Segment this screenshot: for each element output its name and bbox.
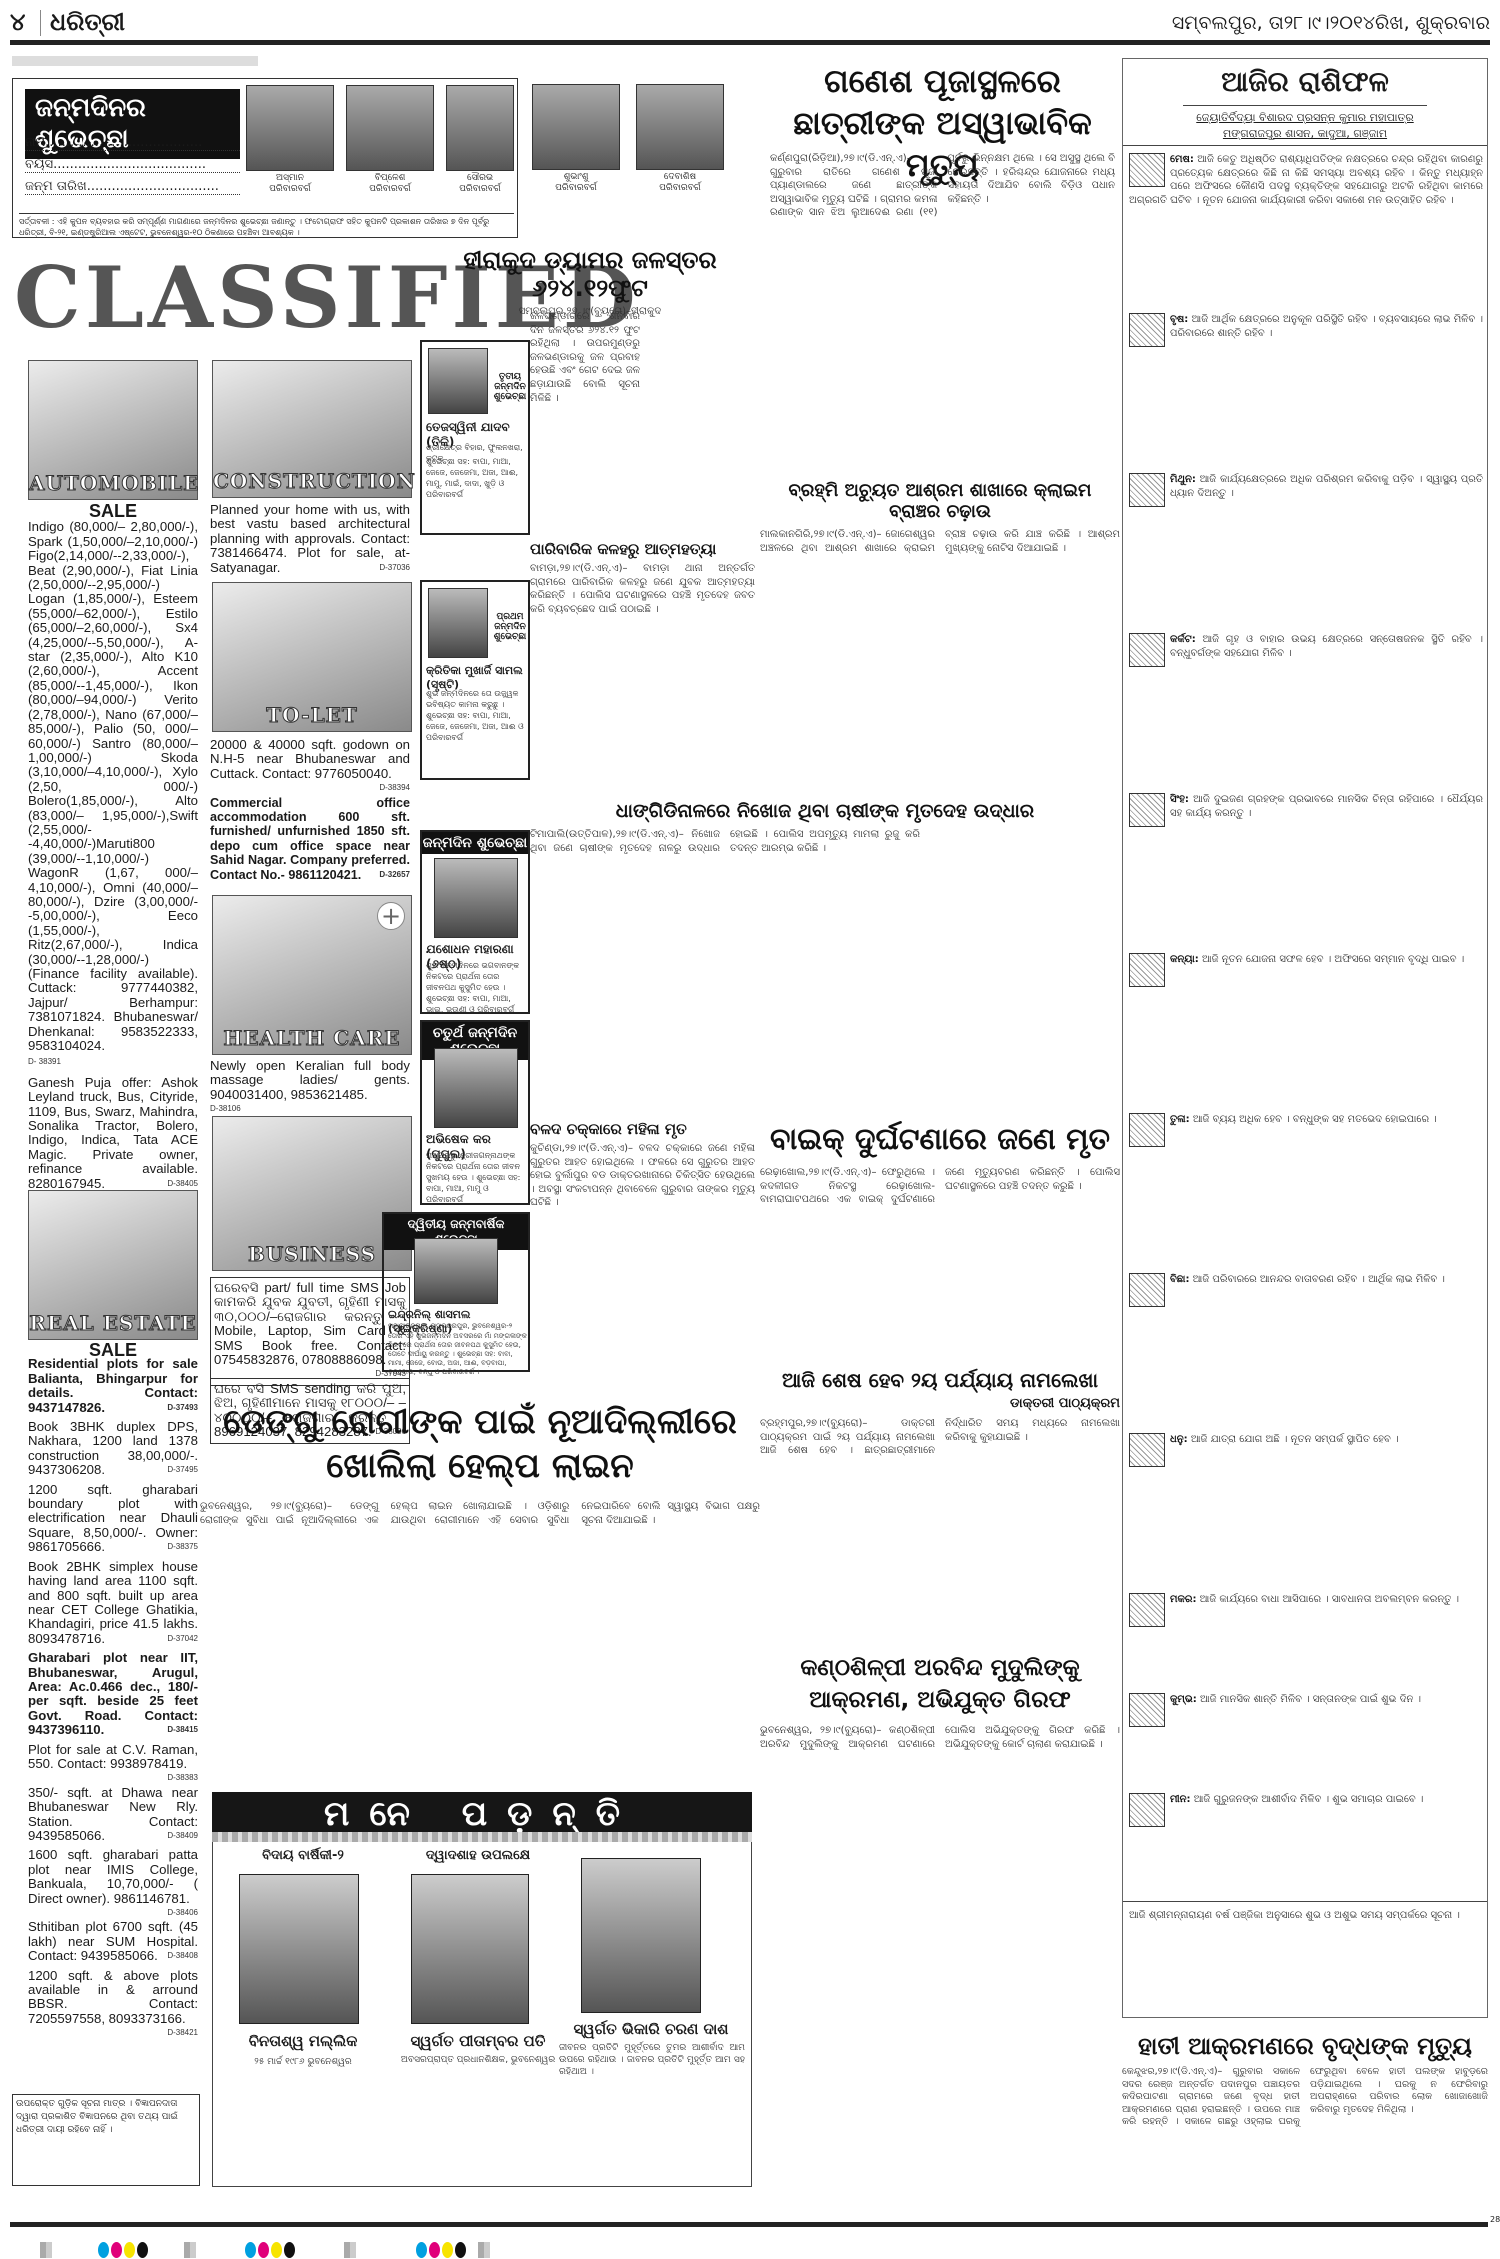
page-corner-number: 28 [1490, 2215, 1500, 2224]
newspaper-name: ଧରିତ୍ରୀ [50, 8, 125, 36]
to-let-label: TO-LET [213, 703, 411, 727]
horoscope-entry: ଧନୁ: ଆଜି ଯାତ୍ରା ଯୋଗ ଅଛି । ନୂତନ ସମ୍ପର୍କ ସ… [1129, 1433, 1483, 1469]
aquarius-water-icon [1129, 1693, 1165, 1727]
classified-ad: Indigo (80,000/– 2,80,000/-), Spark (1,5… [28, 520, 198, 1069]
article-body: କର୍ଣ୍ଣପୁରା(ରିଡ଼ିଆ),୨୭।୯(ଡି.ଏନ୍.ଏ)– ଗୁରୁବ… [770, 152, 1115, 477]
article-body: ଜଳଭଣ୍ଡାରରେ ଶନିବାର ଦିନ ଜଳସ୍ତର ୬୨୪.୧୨ ଫୁଟ … [530, 310, 640, 405]
wish-message: ଶୁଭ ଜନ୍ମଦିନରେ ଭଗବାନଙ୍କ ନିକଟରେ ପ୍ରାର୍ଥନା … [426, 960, 526, 1015]
child-photo [434, 1048, 518, 1128]
pisces-fish-icon [1129, 1793, 1165, 1827]
classified-ad: ଘରେବସି part/ full time SMS Job କାମକରି ଯୁ… [210, 1277, 410, 1386]
portrait-photo [581, 1858, 701, 2013]
health-care-ad-image: + HEALTH CARE [212, 895, 412, 1055]
portrait-photo [411, 1874, 529, 2024]
to-let-section: 20000 & 40000 sqft. godown on N.H-5 near… [210, 738, 410, 882]
wish-message: ଶୁଭେଚ୍ଛା ସହ: ବାପା, ମାଆ, ଜେଜେ, ଜେଜେମା, ଅଜ… [426, 456, 526, 500]
horoscope-entry: କନ୍ୟା: ଆଜି ନୂତନ ଯୋଜନା ସଫଳ ହେବ । ଅଫିସରେ ସ… [1129, 953, 1483, 989]
magenta-dot [111, 2242, 122, 2258]
child-photo [414, 1238, 498, 1304]
yellow-dot [271, 2242, 282, 2258]
birthday-wish-card: ଜନ୍ମଦିନ ଶୁଭେଚ୍ଛା ଯଶୋଧନ ମହାରଣା (୬ଷ୍ଠ) ଶୁଭ… [420, 830, 530, 1014]
birthday-wish-card: ଦ୍ୱିତୀୟ ଜନ୍ମବାର୍ଷିକ ଶୁଭେଚ୍ଛା ଇନ୍ଦ୍ରନିଲ୍ … [382, 1212, 530, 1372]
news-farmer-body-found: ଧାଙ୍ଗିଡିନାଳରେ ନିଖୋଜ ଥିବା ଚାଷୀଙ୍କ ମୃତଦେହ … [530, 800, 1120, 855]
classified-ad: 1200 sqft. & above plots available in & … [28, 1969, 198, 2027]
child-photo [446, 85, 514, 171]
flower-border [212, 1832, 752, 1842]
astrologer-name: ଜ୍ୟୋତିର୍ବିଦ୍ୟା ବିଶାରଦ ପ୍ରସନ୍ନ କୁମାର ମହାପ… [1123, 111, 1487, 125]
name-field[interactable]: ନାମ.....................................… [25, 135, 240, 151]
article-body: କେନ୍ଦୁଝର,୨୭।୯(ଡି.ଏନ୍.ଏ)– ଗୁରୁବାର ସକାଳେ ସ… [1122, 2066, 1488, 2129]
real-estate-label: REAL ESTATE [29, 1311, 197, 1335]
headline: ବାଇକ୍ ଦୁର୍ଘଟଣାରେ ଜଣେ ମୃତ [760, 1120, 1120, 1160]
news-singer-attack: କଣ୍ଠଶିଳ୍ପୀ ଅରବିନ୍ଦ ମୁଦୁଲିଙ୍କୁ ଆକ୍ରମଣ, ଅଭ… [760, 1652, 1120, 1751]
horoscope-title: ଆଜିର ରାଶିଫଳ [1123, 65, 1487, 99]
news-ashram-raid: ବ୍ରହ୍ମି ଅଚ୍ୟୁତ ଆଶ୍ରମ ଶାଖାରେ କ୍ଲାଇମ ବ୍ରାଞ… [760, 480, 1120, 555]
classified-ad: Commercial office accommodation 600 sft.… [210, 796, 410, 882]
wish-place: ମହାବୀରନଗର, ରାମଚନ୍ଦ୍ରପୁର, ଭୁବନେଶ୍ୱର-୨ [388, 1322, 528, 1331]
registration-mark [40, 2242, 52, 2258]
birthday-wish-card: ତୃତୀୟ ଜନ୍ମଦିନ ଶୁଭେଚ୍ଛା ତେଜସ୍ୱିନୀ ଯାଦବ (ତ… [420, 340, 530, 535]
birthday-wish-card: ଚତୁର୍ଥ ଜନ୍ମଦିନ ଶୁଭେଚ୍ଛା ଅଭିଷେକ କର (ଗୁଗୁଲ… [420, 1020, 530, 1205]
classified-ad: 1200 sqft. gharabari boundary plot with … [28, 1483, 198, 1555]
obituary-text: ଅବସରପ୍ରାପ୍ତ ପ୍ରଧାନଶିକ୍ଷକ, ଭୁବନେଶ୍ୱର [398, 2054, 558, 2066]
horoscope-entry: ମିଥୁନ: ଆଜି କାର୍ଯ୍ୟକ୍ଷେତ୍ରରେ ଅଧିକ ପରିଶ୍ରମ… [1129, 473, 1483, 509]
cyan-dot [245, 2242, 256, 2258]
obituary-text: ଜୀବନର ପ୍ରତିଟି ମୁହୂର୍ତ୍ତରେ ତୁମର ଆଶୀର୍ବାଦ … [559, 2042, 745, 2078]
construction-ad-image: CONSTRUCTION [212, 360, 412, 498]
wish-message: ତୋର ଏହି ଶୁଭଜନ୍ମଦିନ ଅବସରରେ ମାଁ ମଙ୍ଗଳାଙ୍କ … [388, 1332, 528, 1377]
news-bike-accident: ବାଇକ୍ ଦୁର୍ଘଟଣାରେ ଜଣେ ମୃତ ରେଢ଼ାଖୋଲ,୨୭।୯(ଡ… [760, 1120, 1120, 1207]
cyan-dot [416, 2242, 427, 2258]
classified-ad: Book 2BHK simplex house having land area… [28, 1560, 198, 1646]
health-care-label: HEALTH CARE [213, 1026, 411, 1050]
sagittarius-archer-icon [1129, 1433, 1165, 1467]
obituary-title: ଦ୍ୱାଦଶାହ ଉପଲକ୍ଷେ [398, 1848, 558, 1863]
photo-caption: ବିପ୍ଳେଶପରିବାରବର୍ଗ [346, 173, 434, 195]
headline: କଣ୍ଠଶିଳ୍ପୀ ଅରବିନ୍ଦ ମୁଦୁଲିଙ୍କୁ ଆକ୍ରମଣ, ଅଭ… [760, 1652, 1120, 1716]
child-photo [434, 858, 518, 938]
obituary-name: ବିନତାଶ୍ୱ ମଲ୍ଲିକ [223, 2032, 383, 2050]
headline: ପାରିବାରିକ କଳହରୁ ଆତ୍ମହତ୍ୟା [530, 540, 755, 558]
taurus-bull-icon [1129, 313, 1165, 347]
classified-ad: 20000 & 40000 sqft. godown on N.H-5 near… [210, 738, 410, 781]
magenta-dot [258, 2242, 269, 2258]
wish-header: ତୃତୀୟ ଜନ୍ମଦିନ ଶୁଭେଚ୍ଛା [492, 372, 528, 402]
classified-ad: 1600 sqft. gharabari patta plot near IMI… [28, 1848, 198, 1906]
subheadline: ଡାକ୍ତରୀ ପାଠ୍ୟକ୍ରମ [760, 1396, 1120, 1411]
divider [1183, 105, 1427, 106]
birthday-wish-card: ପ୍ରଥମ ଜନ୍ମଦିନ ଶୁଭେଚ୍ଛା କ୍ରିତିକା ମୁଖାର୍ଜି… [420, 580, 530, 780]
headline: ହାତୀ ଆକ୍ରମଣରେ ବୃଦ୍ଧଙ୍କ ମୃତ୍ୟୁ [1122, 2030, 1488, 2062]
classified-ad: 350/- sqft. at Dhawa near Bhubaneswar Ne… [28, 1786, 198, 1844]
dateline: ସମ୍ବଲପୁର, ତା୨୮।୯।୨୦୧୪ରିଖ, ଶୁକ୍ରବାର [1172, 12, 1490, 34]
obituary-name: ସ୍ୱର୍ଗତ ଭିକାରି ଚରଣ ଦାଶ [553, 2020, 749, 2038]
masthead-divider [40, 10, 41, 36]
horoscope-box: ଆଜିର ରାଶିଫଳ ଜ୍ୟୋତିର୍ବିଦ୍ୟା ବିଶାରଦ ପ୍ରସନ୍… [1122, 58, 1488, 2018]
classified-ad: Plot for sale at C.V. Raman, 550. Contac… [28, 1743, 198, 1772]
classified-ad: Sthitiban plot 6700 sqft. (45 lakh) near… [28, 1920, 198, 1963]
classified-ad: Ganesh Puja offer: Ashok Leyland truck, … [28, 1076, 198, 1191]
headline: ବଳଦ ଚକ୍କାରେ ମହିଳା ମୃତ [530, 1120, 755, 1138]
article-body: ମାଲକାନଗିରି,୨୭।୯(ଡି.ଏନ୍.ଏ)– ଜୋଗେଶ୍ୱର ଅଞ୍ଚ… [760, 528, 1120, 555]
portrait-photo [239, 1874, 359, 2024]
child-photo [346, 85, 434, 171]
photo-caption: ଶୁଭାଂଶୁପରିବାରବର୍ଗ [532, 172, 620, 194]
horoscope-entry: ମୀନ: ଆଜି ଗୁରୁଜନଙ୍କ ଆଶୀର୍ବାଦ ମିଳିବ । ଶୁଭ … [1129, 1793, 1483, 1829]
cancer-crab-icon [1129, 633, 1165, 667]
dob-field[interactable]: ଜନ୍ମ ତାରିଖ..............................… [25, 179, 240, 195]
registration-mark [344, 2242, 356, 2258]
black-dot [137, 2242, 148, 2258]
child-photo [428, 348, 488, 414]
horoscope-entry: ସିଂହ: ଆଜି ଦୁଇଜଣ ଗ୍ରହଙ୍କ ପ୍ରଭାବରେ ମାନସିକ … [1129, 793, 1483, 829]
horoscope-entry: ମେଷ: ଆଜି କେତୁ ଅଧିଷ୍ଠିତ ରାଶ୍ୟାଧିପତିଙ୍କ ନକ… [1129, 153, 1483, 207]
obituary-name: ସ୍ୱର୍ଗତ ପୀତାମ୍ବର ପତି [398, 2032, 558, 2050]
cmyk-marks [98, 2242, 148, 2258]
news-family-dispute: ପାରିବାରିକ କଳହରୁ ଆତ୍ମହତ୍ୟା ବାମଡ଼ା,୨୭।୯(ଡି… [530, 540, 755, 616]
black-dot [455, 2242, 466, 2258]
horoscope-entry: ତୁଳା: ଆଜି ବ୍ୟୟ ଅଧିକ ହେବ । ବନ୍ଧୁଙ୍କ ସହ ମତ… [1129, 1113, 1483, 1149]
plus-icon: + [377, 902, 405, 930]
headline: ଧାଙ୍ଗିଡିନାଳରେ ନିଖୋଜ ଥିବା ଚାଷୀଙ୍କ ମୃତଦେହ … [530, 800, 1120, 822]
real-estate-section: SALE Residential plots for sale Balianta… [28, 1343, 198, 2041]
bottom-rule [10, 2222, 1488, 2227]
sale-heading: SALE [28, 1343, 198, 1357]
article-body: ରେଢ଼ାଖୋଲ,୨୭।୯(ଡି.ଏନ୍.ଏ)– ଫେରୁଥିଲେ । କଦଳୀ… [760, 1166, 1120, 1207]
real-estate-ad-image: REAL ESTATE [28, 1190, 198, 1340]
article-body: କୁଚିଣ୍ଡା,୨୭।୯(ଡି.ଏନ୍.ଏ)– ବଳଦ ଚକ୍କାରେ ଜଣେ… [530, 1142, 755, 1210]
birthday-coupon: ଜନ୍ମଦିନର ଶୁଭେଚ୍ଛା ନାମ...................… [12, 78, 518, 238]
horoscope-entry: ମକର: ଆଜି କାର୍ଯ୍ୟରେ ବାଧା ଆସିପାରେ । ସାବଧାନ… [1129, 1593, 1483, 1629]
cyan-dot [98, 2242, 109, 2258]
yellow-dot [442, 2242, 453, 2258]
child-photo [636, 84, 724, 170]
horoscope-entry: କୁମ୍ଭ: ଆଜି ମାନସିକ ଶାନ୍ତି ମିଳିବ । ସନ୍ତାନଙ… [1129, 1693, 1483, 1729]
article-body: ଭୁବନେଶ୍ୱର, ୨୭।୯(ବ୍ୟୁରୋ)– ଡେଙ୍ଗୁ ରୋଗୀଙ୍କ … [200, 1500, 760, 1527]
sale-heading: SALE [28, 504, 198, 518]
headline: ଆଜି ଶେଷ ହେବ ୨ୟ ପର୍ଯ୍ୟାୟ ନାମଲେଖା [760, 1368, 1120, 1392]
masthead: ୪ ଧରିତ୍ରୀ ସମ୍ବଲପୁର, ତା୨୮।୯।୨୦୧୪ରିଖ, ଶୁକ୍… [10, 8, 1490, 38]
divider [1123, 1901, 1487, 1902]
article-body: ଟିମାପାଲି(ଉତ୍ତିପାଳ),୨୭।୯(ଡି.ଏନ୍.ଏ)– ନିଖୋଜ… [530, 828, 1120, 855]
construction-label: CONSTRUCTION [213, 469, 411, 493]
headline: ଡେଙ୍ଗୁ ରୋଗୀଙ୍କ ପାଇଁ ନୂଆଦିଲ୍ଲୀରେ ଖୋଲିଲା ହ… [200, 1400, 760, 1488]
obituary-title: ବିଦାୟ ବାର୍ଷିକୀ-୨ [223, 1848, 383, 1863]
astrologer-address: ମଙ୍ଗରାଜପୁର ଶାସନ, କାଦୁଆ, ଗଞ୍ଜାମ [1123, 127, 1487, 141]
page-number: ୪ [10, 8, 25, 36]
news-elephant-attack: ହାତୀ ଆକ୍ରମଣରେ ବୃଦ୍ଧଙ୍କ ମୃତ୍ୟୁ କେନ୍ଦୁଝର,୨… [1122, 2030, 1488, 2129]
wish-header: ପ୍ରଥମ ଜନ୍ମଦିନ ଶୁଭେଚ୍ଛା [492, 612, 528, 642]
automobile-ad-image: AUTOMOBILE [28, 360, 198, 500]
age-field[interactable]: ବୟସ..................................... [25, 157, 240, 173]
news-medical-admission: ଆଜି ଶେଷ ହେବ ୨ୟ ପର୍ଯ୍ୟାୟ ନାମଲେଖା ଡାକ୍ତରୀ … [760, 1368, 1120, 1458]
horoscope-entry: କର୍କଟ: ଆଜି ଗୃହ ଓ ବାହାର ଉଭୟ କ୍ଷେତ୍ରରେ ସନ୍… [1129, 633, 1483, 669]
wish-header: ଜନ୍ମଦିନ ଶୁଭେଚ୍ଛା [422, 832, 528, 854]
health-care-ad: Newly open Keralian full body massage la… [210, 1059, 410, 1117]
automobile-section: SALE Indigo (80,000/– 2,80,000/-), Spark… [28, 504, 198, 1240]
classified-ad: Book 3BHK duplex DPS, Nakhara, 1200 land… [28, 1420, 198, 1478]
cmyk-marks [245, 2242, 295, 2258]
child-photo [246, 85, 334, 171]
cmyk-marks [416, 2242, 466, 2258]
black-dot [284, 2242, 295, 2258]
news-hirakud: ହୀରାକୁଦ ଡ୍ୟାମର ଜଳସ୍ତର ୬୨୪.୧୨ଫୁଟ ସମ୍ବଲପୁର… [420, 246, 760, 319]
horoscope-entry: ବୃଷ: ଆଜି ଆର୍ଥିକ କ୍ଷେତ୍ରରେ ଅନୁକୂଳ ପରିସ୍ଥି… [1129, 313, 1483, 349]
construction-ad: Planned your home with us, with best vas… [210, 503, 410, 575]
headline: ବ୍ରହ୍ମି ଅଚ୍ୟୁତ ଆଶ୍ରମ ଶାଖାରେ କ୍ଲାଇମ ବ୍ରାଞ… [760, 480, 1120, 522]
gemini-twins-icon [1129, 473, 1165, 507]
classified-ad: Gharabari plot near IIT, Bhubaneswar, Ar… [28, 1651, 198, 1737]
divider [1123, 145, 1487, 146]
headline: ହୀରାକୁଦ ଡ୍ୟାମର ଜଳସ୍ତର ୬୨୪.୧୨ଫୁଟ [420, 246, 760, 302]
leo-lion-icon [1129, 793, 1165, 827]
photo-caption: ଅସ୍ମାନପରିବାରବର୍ଗ [246, 173, 334, 195]
magenta-dot [429, 2242, 440, 2258]
wish-message: ଶୁଭ ଜନ୍ମଦିନରେ ତୋ ଉଜ୍ଜ୍ୱଳ ଭବିଷ୍ୟତ କାମନା କ… [426, 688, 526, 743]
coupon-terms: ସର୍ତ୍ତାବଳୀ : ଏହି କୁପନ ବ୍ୟବହାର କରି ସମ୍ପୂର… [19, 213, 514, 238]
gray-band [12, 56, 258, 66]
child-photo [532, 84, 620, 170]
news-dengue-helpline: ଡେଙ୍ଗୁ ରୋଗୀଙ୍କ ପାଇଁ ନୂଆଦିଲ୍ଲୀରେ ଖୋଲିଲା ହ… [200, 1400, 760, 1527]
classified-ad: Residential plots for sale Balianta, Bhi… [28, 1357, 198, 1415]
child-photo [428, 588, 488, 658]
photo-caption: ସୌରଭପରିବାରବର୍ଗ [436, 173, 524, 195]
libra-scales-icon [1129, 1113, 1165, 1147]
capricorn-goat-icon [1129, 1593, 1165, 1627]
classified-banner: CLASSIFIED [14, 250, 418, 345]
obituary-box: ବିଦାୟ ବାର୍ଷିକୀ-୨ ବିନତାଶ୍ୱ ମଲ୍ଲିକ ୨୫ ମାର୍… [212, 1842, 752, 2187]
automobile-label: AUTOMOBILE [29, 471, 197, 495]
horoscope-entry: ବିଛା: ଆଜି ପରିବାରରେ ଆନନ୍ଦର ବାତାବରଣ ରହିବ ।… [1129, 1273, 1483, 1309]
registration-mark [478, 2242, 490, 2258]
news-bullock-cart: ବଳଦ ଚକ୍କାରେ ମହିଳା ମୃତ କୁଚିଣ୍ଡା,୨୭।୯(ଡି.ଏ… [530, 1120, 755, 1210]
virgo-maiden-icon [1129, 953, 1165, 987]
aries-ram-icon [1129, 153, 1165, 187]
panji-note: ଆଜି ଶ୍ରୀମନ୍ନାରାୟଣ ବର୍ଷ ପଞ୍ଜିକା ଅନୁସାରେ ଶ… [1129, 1909, 1483, 1923]
yellow-dot [124, 2242, 135, 2258]
disclaimer-box: ଉପରୋକ୍ତ ଗୁଡ଼ିକ ସୂଚନା ମାତ୍ର । ବିଜ୍ଞାପନଦାତ… [12, 2094, 200, 2186]
photo-caption: ଦେବାଶିଷପରିବାରବର୍ଗ [636, 172, 724, 194]
article-body: ଭୁବନେଶ୍ୱର, ୨୭।୯(ବ୍ୟୁରୋ)– କଣ୍ଠଶିଳ୍ପୀ ଅରବି… [760, 1724, 1120, 1751]
obituary-text: ୨୫ ମାର୍ଚ୍ଚ ୧୯୮୬ ଭୁବନେଶ୍ୱର [223, 2056, 383, 2068]
top-rule [10, 40, 1490, 45]
article-body: ବାମଡ଼ା,୨୭।୯(ଡି.ଏନ୍.ଏ)– ବାମଡ଼ା ଥାନା ଅନ୍ତର… [530, 562, 755, 616]
scorpio-scorpion-icon [1129, 1273, 1165, 1307]
registration-mark [184, 2242, 196, 2258]
wish-message: ମହାପ୍ରଭୁ ଶ୍ରୀଜଗନ୍ନାଥଙ୍କ ନିକଟରେ ପ୍ରାର୍ଥନା… [426, 1150, 526, 1205]
article-body: ବ୍ରହ୍ମପୁର,୨୭।୯(ବ୍ୟୁରୋ)– ଡାକ୍ତରୀ ପାଠ୍ୟକ୍ର… [760, 1417, 1120, 1458]
to-let-ad-image: TO-LET [212, 582, 412, 732]
